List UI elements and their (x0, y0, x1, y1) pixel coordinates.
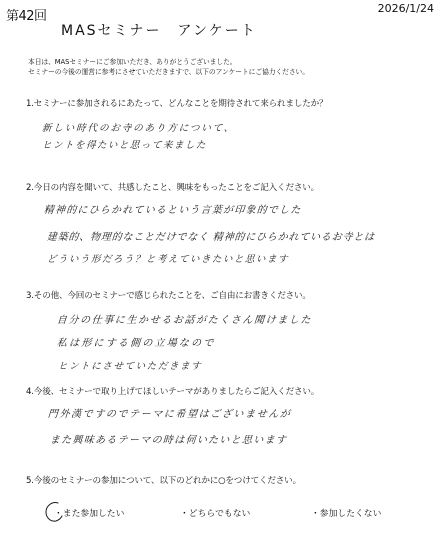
option-neutral[interactable]: ・どちらでもない (180, 506, 250, 519)
question-2: 2.今日の内容を聞いて、共感したこと、興味をもったことをご記入ください。 (26, 181, 319, 193)
answer-3-line-3: ヒントにさせていただきます (58, 358, 203, 372)
answer-3-line-2: 私は形にする側の立場なので (56, 334, 216, 349)
answer-3-line-1: 自分の仕事に生かせるお話がたくさん聞けました (56, 311, 312, 326)
question-4: 4.今後、セミナーで取り上げてほしいテーマがありましたらご記入ください。 (26, 385, 319, 397)
answer-1-line-1: 新しい時代のお寺のあり方について、 (42, 120, 236, 134)
survey-title: MASセミナー アンケート (61, 20, 257, 40)
intro-line-2: セミナーの今後の運営に参考にさせていただきますで、以下のアンケートにご協力くださ… (28, 66, 309, 76)
question-1: 1.セミナーに参加されるにあたって、どんなことを期待されて来られましたか？ (26, 97, 327, 109)
intro-line-1: 本日は、MASセミナーにご参加いただき、ありがとうございました。 (28, 56, 236, 66)
question-5: 5.今後のセミナーの参加について、以下のどれかに○をつけてください。 (26, 474, 301, 486)
answer-2-line-1: 精神的にひらかれているという言葉が印象的でした (43, 201, 302, 216)
option-not-attend[interactable]: ・参加したくない (311, 506, 381, 519)
answer-4-line-1: 門外漢ですのでテーマに希望はございませんが (47, 405, 292, 420)
answer-2-line-3: どういう形だろう？と考えていきたいと思います (47, 251, 290, 265)
answer-2-line-2: 建築的、物理的なことだけでなく 精神的にひらかれているお寺とは (46, 228, 375, 243)
answer-4-line-2: また興味あるテーマの時は伺いたいと思います (49, 431, 287, 446)
option-attend-again[interactable]: ・また参加したい (54, 506, 124, 519)
session-number: 第42回 (6, 5, 47, 24)
question-3: 3.その他、今回のセミナーで感じられたことを、ご自由にお書きください。 (26, 289, 311, 301)
survey-date: 2026/1/24 (378, 2, 434, 15)
answer-1-line-2: ヒントを得たいと思って来ました (42, 137, 208, 151)
